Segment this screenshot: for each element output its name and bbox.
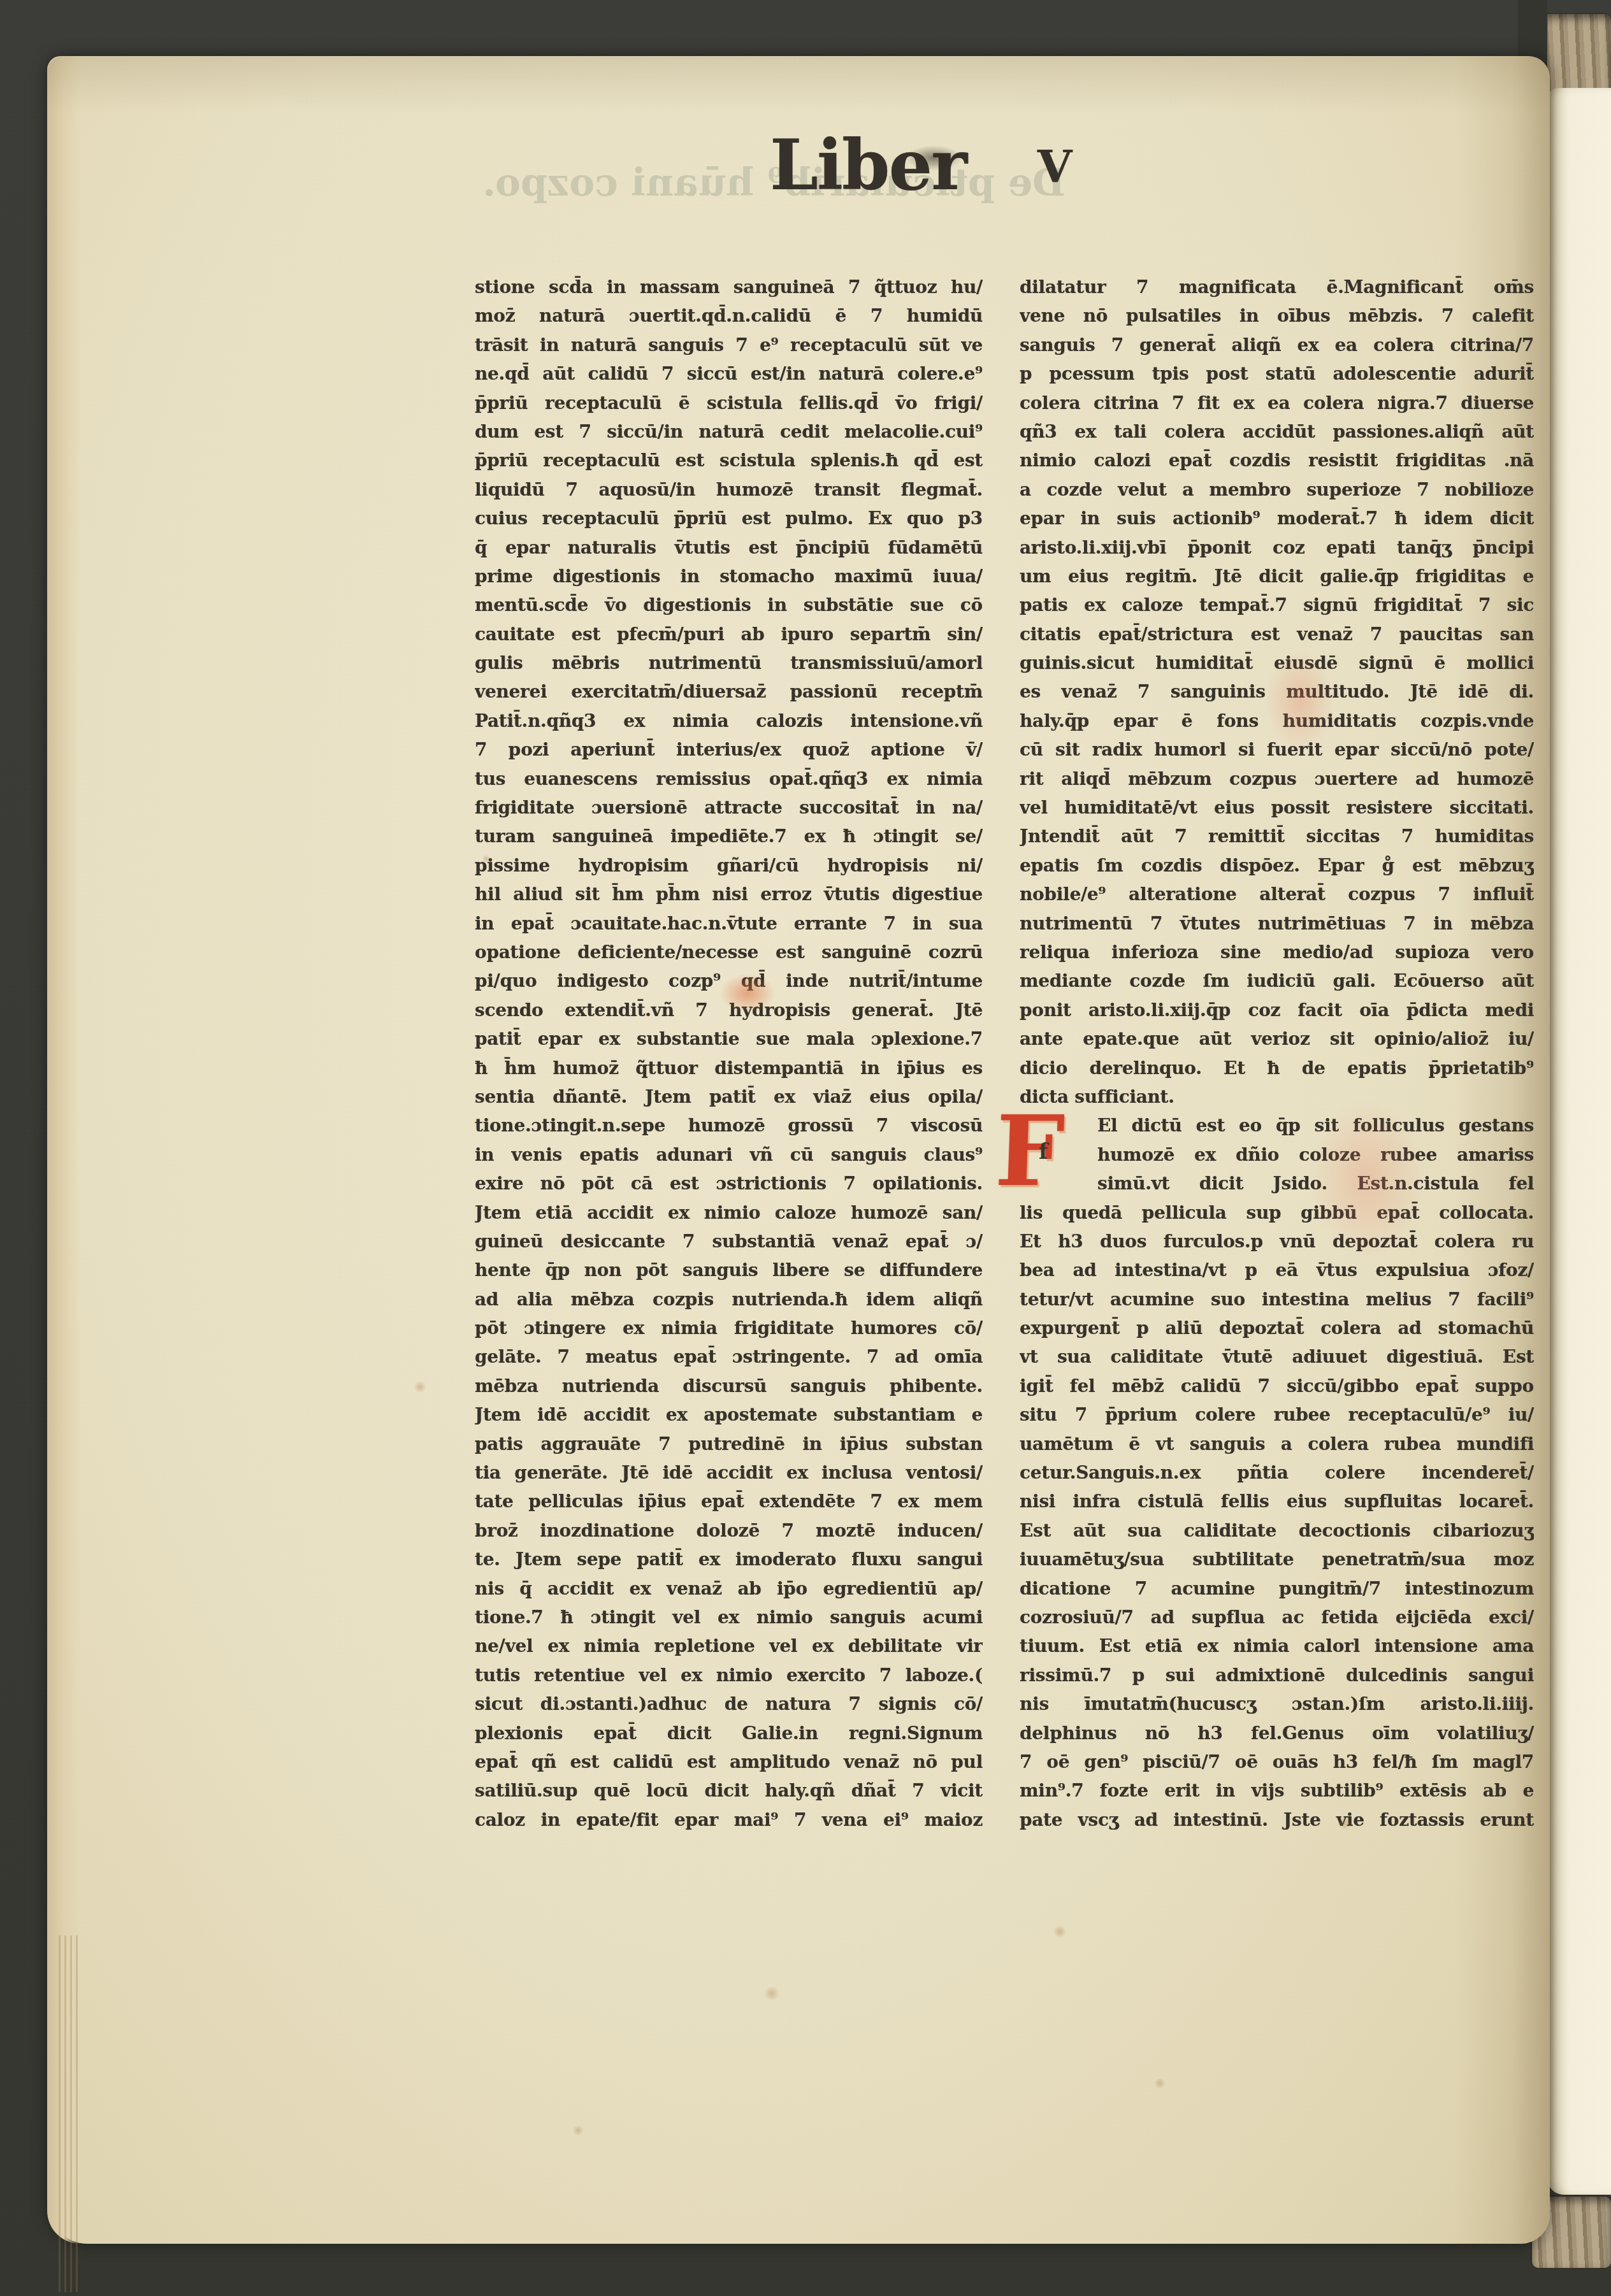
text-line: exire nō pōt cā est ɔstrictionis 7 opila… <box>475 1169 983 1198</box>
text-line: cū sit radix humorl si fuerit epar siccū… <box>1020 735 1534 764</box>
text-line: stione scd̄a in massam sanguineā 7 q̃ttu… <box>475 273 983 301</box>
text-line: pōt ɔtingere ex nimia frigiditate humore… <box>475 1314 983 1342</box>
text-line: opatione deficiente/necesse est sanguinē… <box>475 938 983 966</box>
text-line: iuuamētuʒ/sua subtilitate penetratm̄/sua… <box>1020 1545 1534 1574</box>
text-line: dum est 7 siccū/in naturā cedit melacoli… <box>475 417 983 446</box>
text-line: rit aliqd̄ mēbzum cozpus ɔuertere ad hum… <box>1020 764 1534 793</box>
text-line: venerei exercitatm̄/diuersaz̄ passionū r… <box>475 677 983 706</box>
page-stack-edges <box>59 1935 78 2292</box>
text-line: prime digestionis in stomacho maximū iuu… <box>475 562 983 591</box>
text-line: situ 7 p̄prium colere rubee receptaculū/… <box>1020 1400 1534 1429</box>
text-line: pissime hydropisim gñari/cū hydropisis n… <box>475 851 983 880</box>
text-line: ponit aristo.li.xiij.q̄p coz facit oīa p… <box>1020 996 1534 1024</box>
text-line: guinis.sicut humiditat̄ eiusdē signū ē m… <box>1020 649 1534 677</box>
text-line: p̄priū receptaculū est scistula splenis.… <box>475 446 983 475</box>
text-line: sentia dñantē. Jtem patit̄ ex viaz̄ eius… <box>475 1082 983 1111</box>
text-line: ħ h̄m humoz̄ q̃ttuor distempantiā in ip̄… <box>475 1054 983 1082</box>
text-line: nobile/e⁹ alteratione alterat̄ cozpus 7 … <box>1020 880 1534 908</box>
top-edge-shade <box>47 56 1550 113</box>
text-line: ante epate.que aūt verioz sit opinio/ali… <box>1020 1024 1534 1053</box>
text-line: epatis ſm cozdis dispōez. Epar g̊ est mē… <box>1020 851 1534 880</box>
text-line: mēbza nutrienda discursū sanguis phibent… <box>475 1372 983 1400</box>
text-line: plexionis epat̄ dicit Galie.in regni.Sig… <box>475 1719 983 1747</box>
text-line: Jntendit̄ aūt 7 remittit̄ siccitas 7 hum… <box>1020 822 1534 850</box>
text-line: vel humiditatē/vt eius possit resistere … <box>1020 793 1534 822</box>
text-line: ne/vel ex nimia repletione vel ex debili… <box>475 1632 983 1660</box>
text-line: El dictū est eo q̄p sit folliculus gesta… <box>1020 1111 1534 1140</box>
text-line: aristo.li.xiij.vbī p̄ponit coz epati tan… <box>1020 533 1534 562</box>
text-line: gulis mēbris nutrimentū transmissiuū/amo… <box>475 649 983 677</box>
text-line: q̄ epar naturalis v̄tutis est p̄ncipiū f… <box>475 533 983 562</box>
deckle-edge <box>47 56 80 2244</box>
text-line: in venis epatis adunari vñ cū sanguis cl… <box>475 1140 983 1169</box>
foxing-spot <box>572 2125 584 2135</box>
text-line: dicio derelinquo. Et ħ de epatis p̄priet… <box>1020 1054 1534 1082</box>
text-line: uamētum ē vt sanguis a colera rubea mund… <box>1020 1430 1534 1458</box>
text-line: tutis retentiue vel ex nimio exercito 7 … <box>475 1661 983 1690</box>
header-book-numeral: V <box>1037 140 1072 192</box>
text-line: epar in suis actionib⁹ moderat̄.7 ħ idem… <box>1020 504 1534 533</box>
text-line: tiuum. Est etiā ex nimia calorl intensio… <box>1020 1632 1534 1660</box>
text-line: gelāte. 7 meatus epat̄ ɔstringente. 7 ad… <box>475 1342 983 1371</box>
text-line: Jtem etiā accidit ex nimio caloze humozē… <box>475 1198 983 1227</box>
text-line: bea ad intestina/vt p eā v̄tus expulsiua… <box>1020 1256 1534 1284</box>
text-line: dilatatur 7 magnificata ē.Magnificant̄ o… <box>1020 273 1534 301</box>
text-line: sanguis 7 generat̄ aliqñ ex ea colera ci… <box>1020 331 1534 359</box>
text-line: Patit̄.n.qñq3 ex nimia calozis intension… <box>475 707 983 735</box>
text-line: dicatione 7 acumine pungitm̄/7 intestino… <box>1020 1574 1534 1603</box>
text-line: tione.7 ħ ɔtingit vel ex nimio sanguis a… <box>475 1603 983 1632</box>
photo-background: De pticularib⁹ hūani cozpo. LiberV stion… <box>0 0 1611 2296</box>
text-line: igit̄ fel mēbz̄ calidū 7 siccū/gibbo epa… <box>1020 1372 1534 1400</box>
text-line: tus euanescens remissius opat̄.qñq3 ex n… <box>475 764 983 793</box>
text-line: turam sanguineā impediēte.7 ex ħ ɔtingit… <box>475 822 983 850</box>
ink-smudge <box>905 145 962 171</box>
text-line: tione.ɔtingit.n.sepe humozē grossū 7 vis… <box>475 1111 983 1140</box>
text-line: sicut di.ɔstanti.)adhuc de natura 7 sign… <box>475 1690 983 1718</box>
text-line: reliqua inferioza sine medio/ad supioza … <box>1020 938 1534 966</box>
text-line: simū.vt dicit Jsido. Est.n.cistula fel <box>1020 1169 1534 1198</box>
foxing-spot <box>1153 2078 1166 2088</box>
text-line: satiliū.sup quē locū dicit haly.qñ dñat̄… <box>475 1776 983 1805</box>
foxing-spot <box>1053 1925 1067 1938</box>
text-line: patis ex caloze tempat̄.7 signū frigidit… <box>1020 591 1534 619</box>
text-line: patit̄ epar ex substantie sue mala ɔplex… <box>475 1024 983 1053</box>
text-line: vt sua caliditate v̄tutē adiuuet digesti… <box>1020 1342 1534 1371</box>
text-line: p pcessum tpis post statū adolescentie a… <box>1020 359 1534 388</box>
foxing-spot <box>1337 1817 1352 1830</box>
text-line: es venaz̄ 7 sanguinis multitudo. Jtē idē… <box>1020 677 1534 706</box>
text-line: dicta sufficiant. <box>1020 1082 1534 1111</box>
foxing-spot <box>482 855 491 863</box>
text-line: epat̄ qñ est calidū est amplitudo venaz̄… <box>475 1747 983 1776</box>
initial-guide-letter: f <box>1039 1139 1048 1165</box>
text-line: expurgent̄ p aliū depoztat̄ colera ad st… <box>1020 1314 1534 1342</box>
text-line: tia generāte. Jtē idē accidit ex inclusa… <box>475 1458 983 1487</box>
adjacent-page-edge <box>1547 88 1611 2195</box>
text-line: patis aggrauāte 7 putredinē in ip̄ius su… <box>475 1430 983 1458</box>
text-line: cuius receptaculū p̄priū est pulmo. Ex q… <box>475 504 983 533</box>
text-line: Et h3 duos furculos.p vnū depoztat̄ cole… <box>1020 1227 1534 1256</box>
text-line: vene nō pulsatiles in oībus mēbzis. 7 ca… <box>1020 301 1534 330</box>
text-line: cozrosiuū/7 ad supflua ac fetida eijciēd… <box>1020 1603 1534 1632</box>
text-line: mentū.scd̄e v̄o digestionis in substātie… <box>475 591 983 619</box>
text-line: haly.q̄p epar ē fons humiditatis cozpis.… <box>1020 707 1534 735</box>
text-line: citatis epat̄/strictura est venaz̄ 7 pau… <box>1020 620 1534 649</box>
text-line: p̄priū receptaculū ē scistula fellis.qd̄… <box>475 389 983 417</box>
text-line: nisi infra cistulā fellis eius supfluita… <box>1020 1487 1534 1516</box>
text-line: lis quedā pellicula sup gibbū epat̄ coll… <box>1020 1198 1534 1227</box>
text-line: humozē ex dñio coloze rubee amariss <box>1020 1140 1534 1169</box>
text-line: pate vscʒ ad intestinū. Jste vie foztass… <box>1020 1805 1534 1834</box>
text-line: delphinus nō h3 fel.Genus oīm volatiliuʒ… <box>1020 1719 1534 1747</box>
text-line: trāsit in naturā sanguis 7 e⁹ receptacul… <box>475 331 983 359</box>
text-line: guineū desiccante 7 substantiā venaz̄ ep… <box>475 1227 983 1256</box>
text-line: min⁹.7 fozte erit in vijs subtilib⁹ extē… <box>1020 1776 1534 1805</box>
text-line: 7 pozi aperiunt̄ interius/ex quoz̄ aptio… <box>475 735 983 764</box>
text-column-right: dilatatur 7 magnificata ē.Magnificant̄ o… <box>1020 273 1534 1834</box>
foxing-spot <box>413 1381 427 1393</box>
text-line: liquidū 7 aquosū/in humozē transit flegm… <box>475 475 983 504</box>
text-line: te. Jtem sepe patit̄ ex imoderato fluxu … <box>475 1545 983 1574</box>
text-column-left: stione scd̄a in massam sanguineā 7 q̃ttu… <box>475 273 983 1834</box>
text-line: Est aūt sua caliditate decoctionis cibar… <box>1020 1516 1534 1545</box>
text-line: nis īmutatm̄(hucuscʒ ɔstan.)ſm aristo.li… <box>1020 1690 1534 1718</box>
text-line: caloz in epate/fit epar mai⁹ 7 vena ei⁹ … <box>475 1805 983 1834</box>
text-line: rissimū.7 p sui admixtionē dulcedinis sa… <box>1020 1661 1534 1690</box>
text-line: Jtem idē accidit ex apostemate substanti… <box>475 1400 983 1429</box>
binding-cord-top <box>1541 14 1611 98</box>
text-line: nis q̄ accidit ex venaz̄ ab ip̄o egredie… <box>475 1574 983 1603</box>
text-line: qñ3 ex tali colera accidūt passiones.ali… <box>1020 417 1534 446</box>
text-line: cetur.Sanguis.n.ex pñtia colere incender… <box>1020 1458 1534 1487</box>
text-line: ad alia mēbza cozpis nutrienda.ħ idem al… <box>475 1285 983 1314</box>
text-line: moz̄ naturā ɔuertit.qd̄.n.calidū ē 7 hum… <box>475 301 983 330</box>
text-line: tate pelliculas ip̄ius epat̄ extendēte 7… <box>475 1487 983 1516</box>
text-line: frigiditate ɔuersionē attracte succosita… <box>475 793 983 822</box>
text-line: colera citrina 7 fit ex ea colera nigra.… <box>1020 389 1534 417</box>
foxing-spot <box>763 1986 780 2000</box>
text-line: mediante cozde ſm iudiciū gali. Ecōuerso… <box>1020 966 1534 995</box>
text-line: hente q̄p non pōt sanguis libere se diff… <box>475 1256 983 1284</box>
text-line: a cozde velut a membro superioze 7 nobil… <box>1020 475 1534 504</box>
text-line: um eius regitm̄. Jtē dicit galie.q̄p fri… <box>1020 562 1534 591</box>
text-line: scendo extendit̄.vñ 7 hydropisis generat… <box>475 996 983 1024</box>
text-line: nutrimentū 7 v̄tutes nutrimētiuas 7 in m… <box>1020 909 1534 938</box>
text-line: in epat̄ ɔcauitate.hac.n.v̄tute errante … <box>475 909 983 938</box>
text-line: tetur/vt acumine suo intestina melius 7 … <box>1020 1285 1534 1314</box>
text-line: ne.qd̄ aūt calidū 7 siccū est/in naturā … <box>475 359 983 388</box>
text-line: pi/quo indigesto cozp⁹ qd̄ inde nutrit̄/… <box>475 966 983 995</box>
text-line: hil aliud sit h̄m ph̄m nisi erroz v̄tuti… <box>475 880 983 908</box>
text-line: nimio calozi epat̄ cozdis resistit frigi… <box>1020 446 1534 475</box>
text-line: cauitate est pfecm̄/puri ab ipuro separt… <box>475 620 983 649</box>
text-line: broz̄ inozdinatione dolozē 7 moztē induc… <box>475 1516 983 1545</box>
text-line: 7 oē gen⁹ pisciū/7 oē ouās h3 fel/ħ ſm m… <box>1020 1747 1534 1776</box>
